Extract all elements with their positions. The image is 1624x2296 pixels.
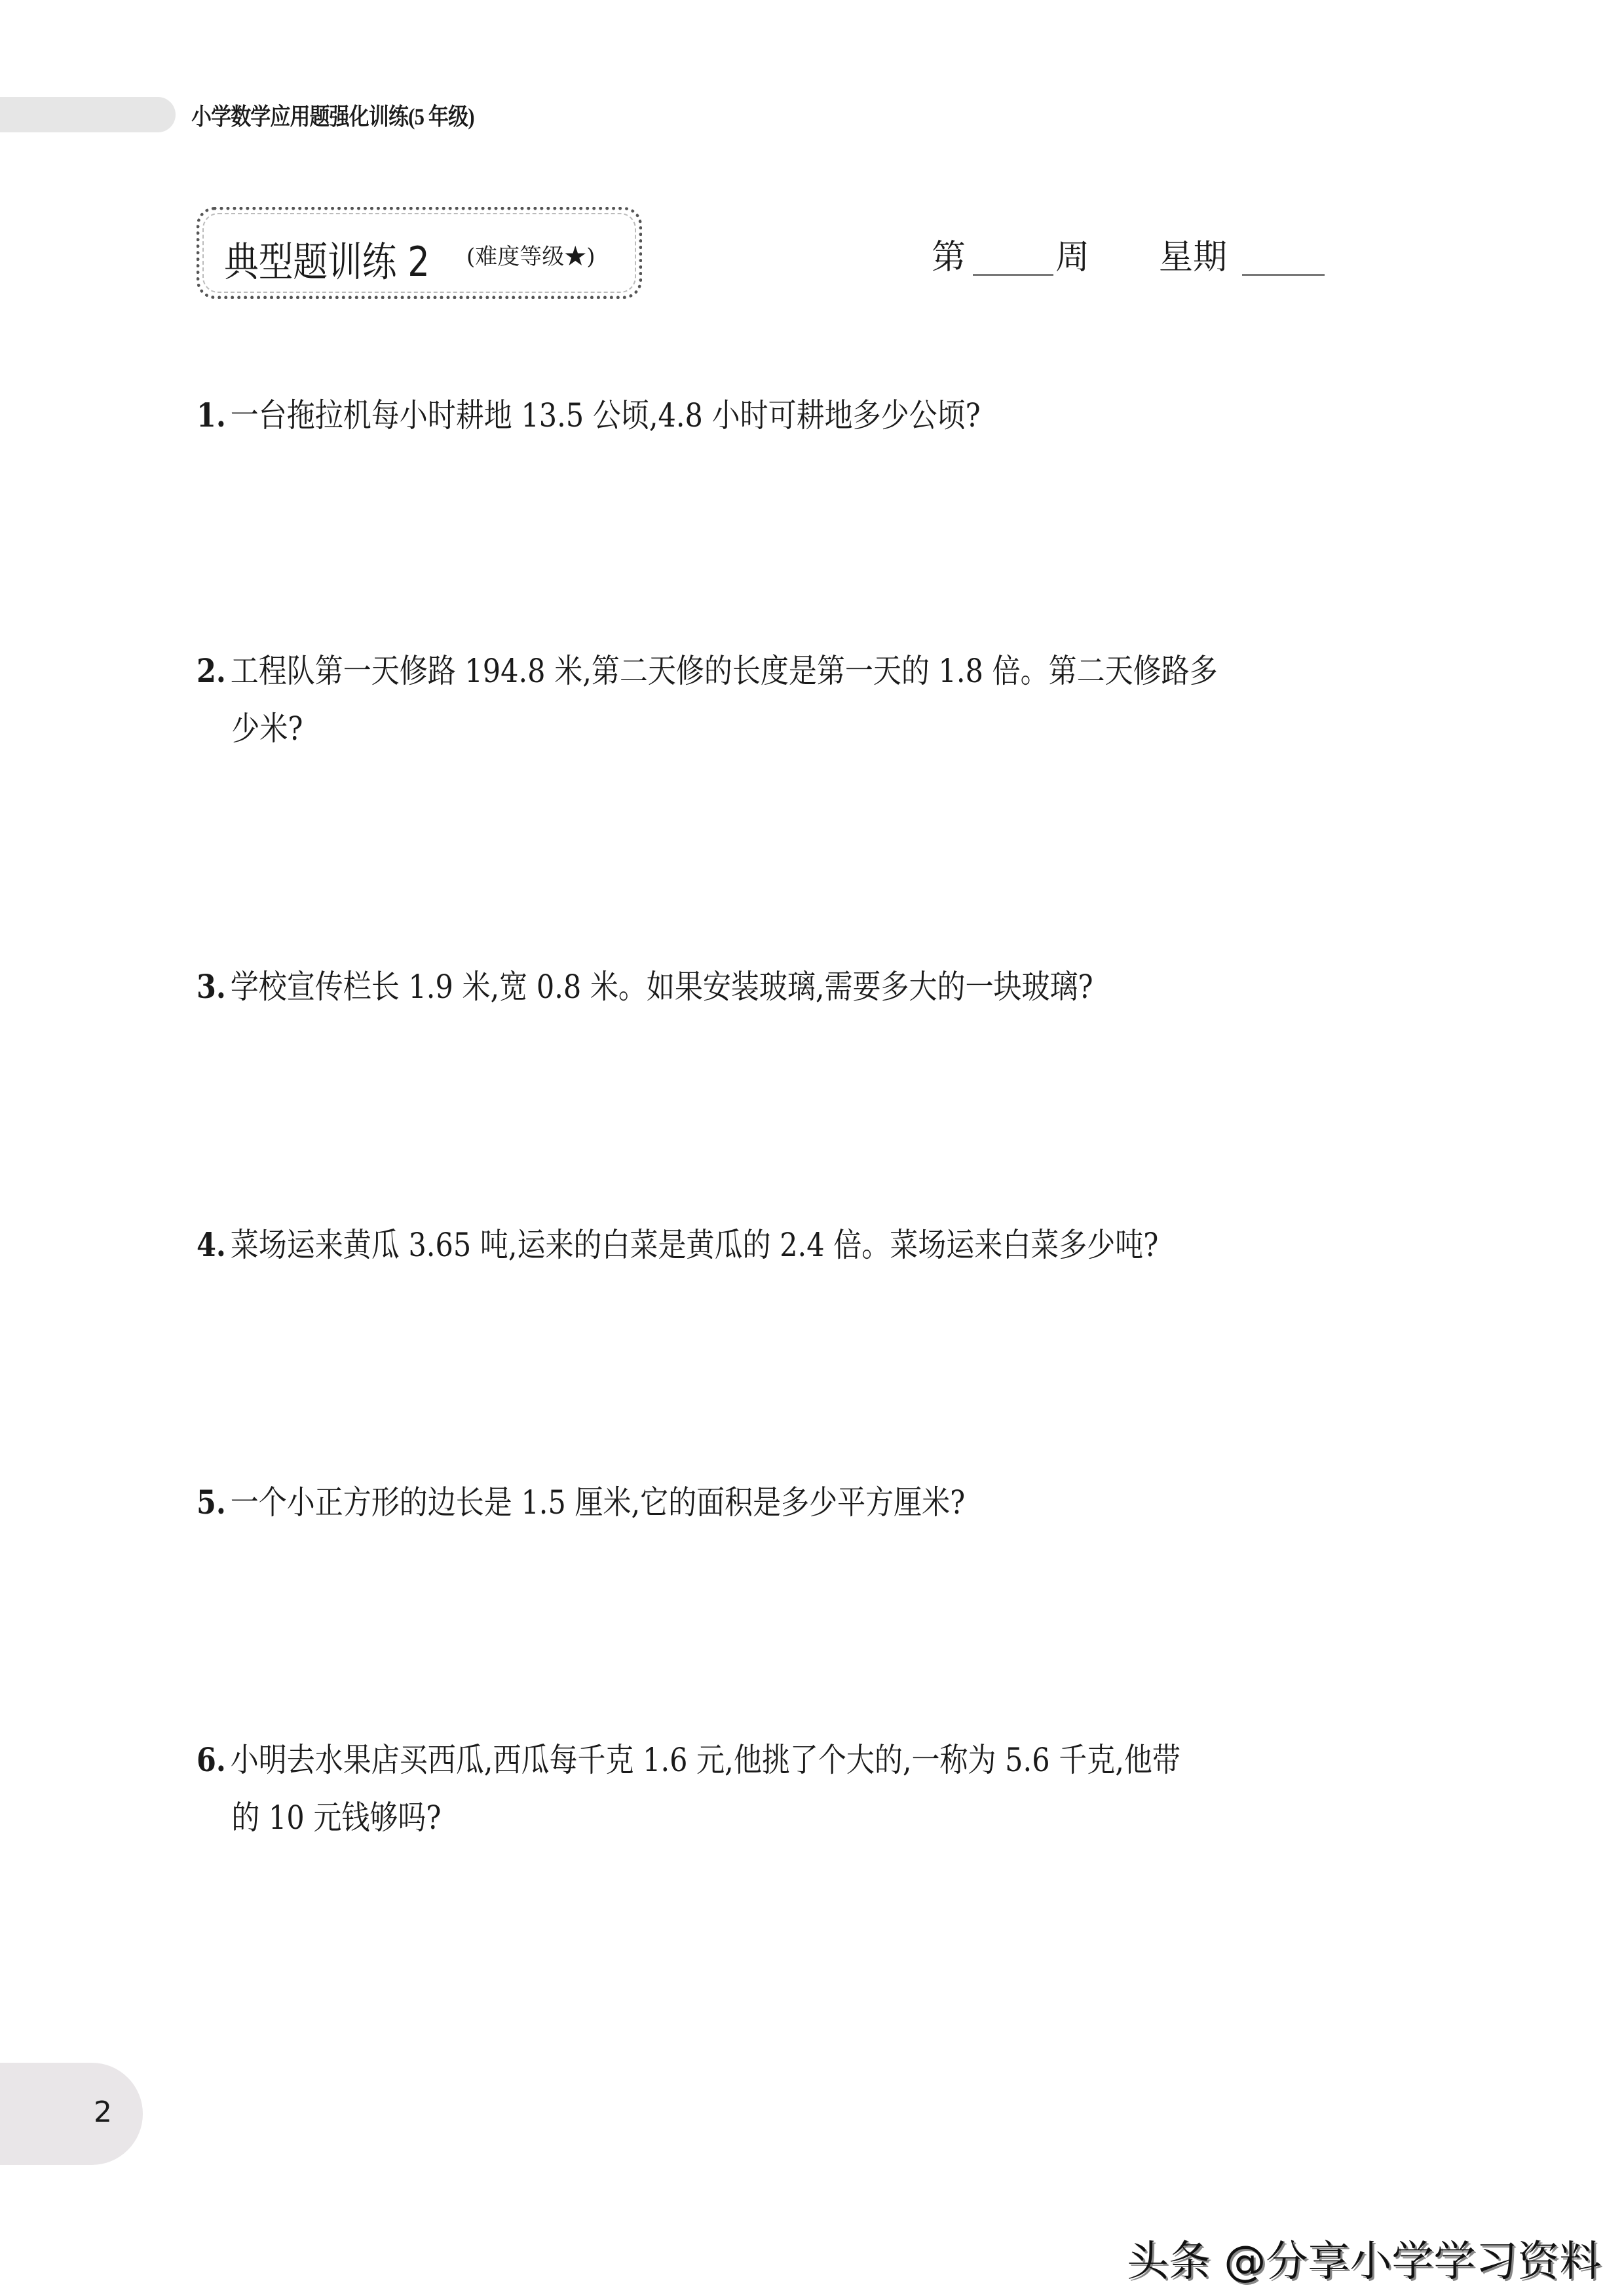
question-text-continued: 的 10 元钱够吗?: [197, 1789, 1180, 1846]
question-number: 2.: [197, 651, 226, 690]
question-6: 6.小明去水果店买西瓜,西瓜每千克 1.6 元,他挑了个大的,一称为 5.6 千…: [197, 1731, 1180, 1846]
section-title: 典型题训练 2: [224, 229, 430, 288]
weekday-blank[interactable]: [1242, 274, 1325, 276]
question-number: 6.: [197, 1740, 226, 1779]
week-suffix: 周: [1055, 229, 1089, 278]
question-text: 一个小正方形的边长是 1.5 厘米,它的面积是多少平方厘米?: [231, 1483, 965, 1521]
week-blank[interactable]: [973, 274, 1053, 276]
question-5: 5.一个小正方形的边长是 1.5 厘米,它的面积是多少平方厘米?: [197, 1474, 965, 1531]
question-text-continued: 少米?: [197, 700, 1218, 757]
question-text: 小明去水果店买西瓜,西瓜每千克 1.6 元,他挑了个大的,一称为 5.6 千克,…: [231, 1741, 1180, 1779]
question-4: 4.菜场运来黄瓜 3.65 吨,运来的白菜是黄瓜的 2.4 倍。菜场运来白菜多少…: [197, 1216, 1158, 1274]
difficulty-label: (难度等级★): [466, 239, 595, 271]
week-prefix: 第: [932, 229, 966, 278]
question-number: 3.: [197, 967, 226, 1006]
question-number: 4.: [197, 1225, 226, 1264]
question-text: 工程队第一天修路 194.8 米,第二天修的长度是第一天的 1.8 倍。第二天修…: [231, 652, 1218, 690]
question-number: 5.: [197, 1483, 226, 1521]
weekday-label: 星期: [1159, 229, 1227, 278]
header-decoration: [0, 97, 176, 132]
question-number: 1.: [197, 396, 226, 434]
question-1: 1.一台拖拉机每小时耕地 13.5 公顷,4.8 小时可耕地多少公顷?: [197, 387, 981, 444]
book-title: 小学数学应用题强化训练(5 年级): [191, 98, 474, 132]
page-number-tab: [0, 2063, 143, 2165]
question-text: 菜场运来黄瓜 3.65 吨,运来的白菜是黄瓜的 2.4 倍。菜场运来白菜多少吨?: [231, 1226, 1159, 1264]
question-text: 学校宣传栏长 1.9 米,宽 0.8 米。如果安装玻璃,需要多大的一块玻璃?: [231, 968, 1093, 1006]
page-number: 2: [94, 2095, 112, 2129]
question-3: 3.学校宣传栏长 1.9 米,宽 0.8 米。如果安装玻璃,需要多大的一块玻璃?: [197, 958, 1093, 1016]
watermark: 头条 @分享小学学习资料: [1127, 2228, 1601, 2288]
question-text: 一台拖拉机每小时耕地 13.5 公顷,4.8 小时可耕地多少公顷?: [231, 396, 981, 434]
question-2: 2.工程队第一天修路 194.8 米,第二天修的长度是第一天的 1.8 倍。第二…: [197, 642, 1218, 757]
